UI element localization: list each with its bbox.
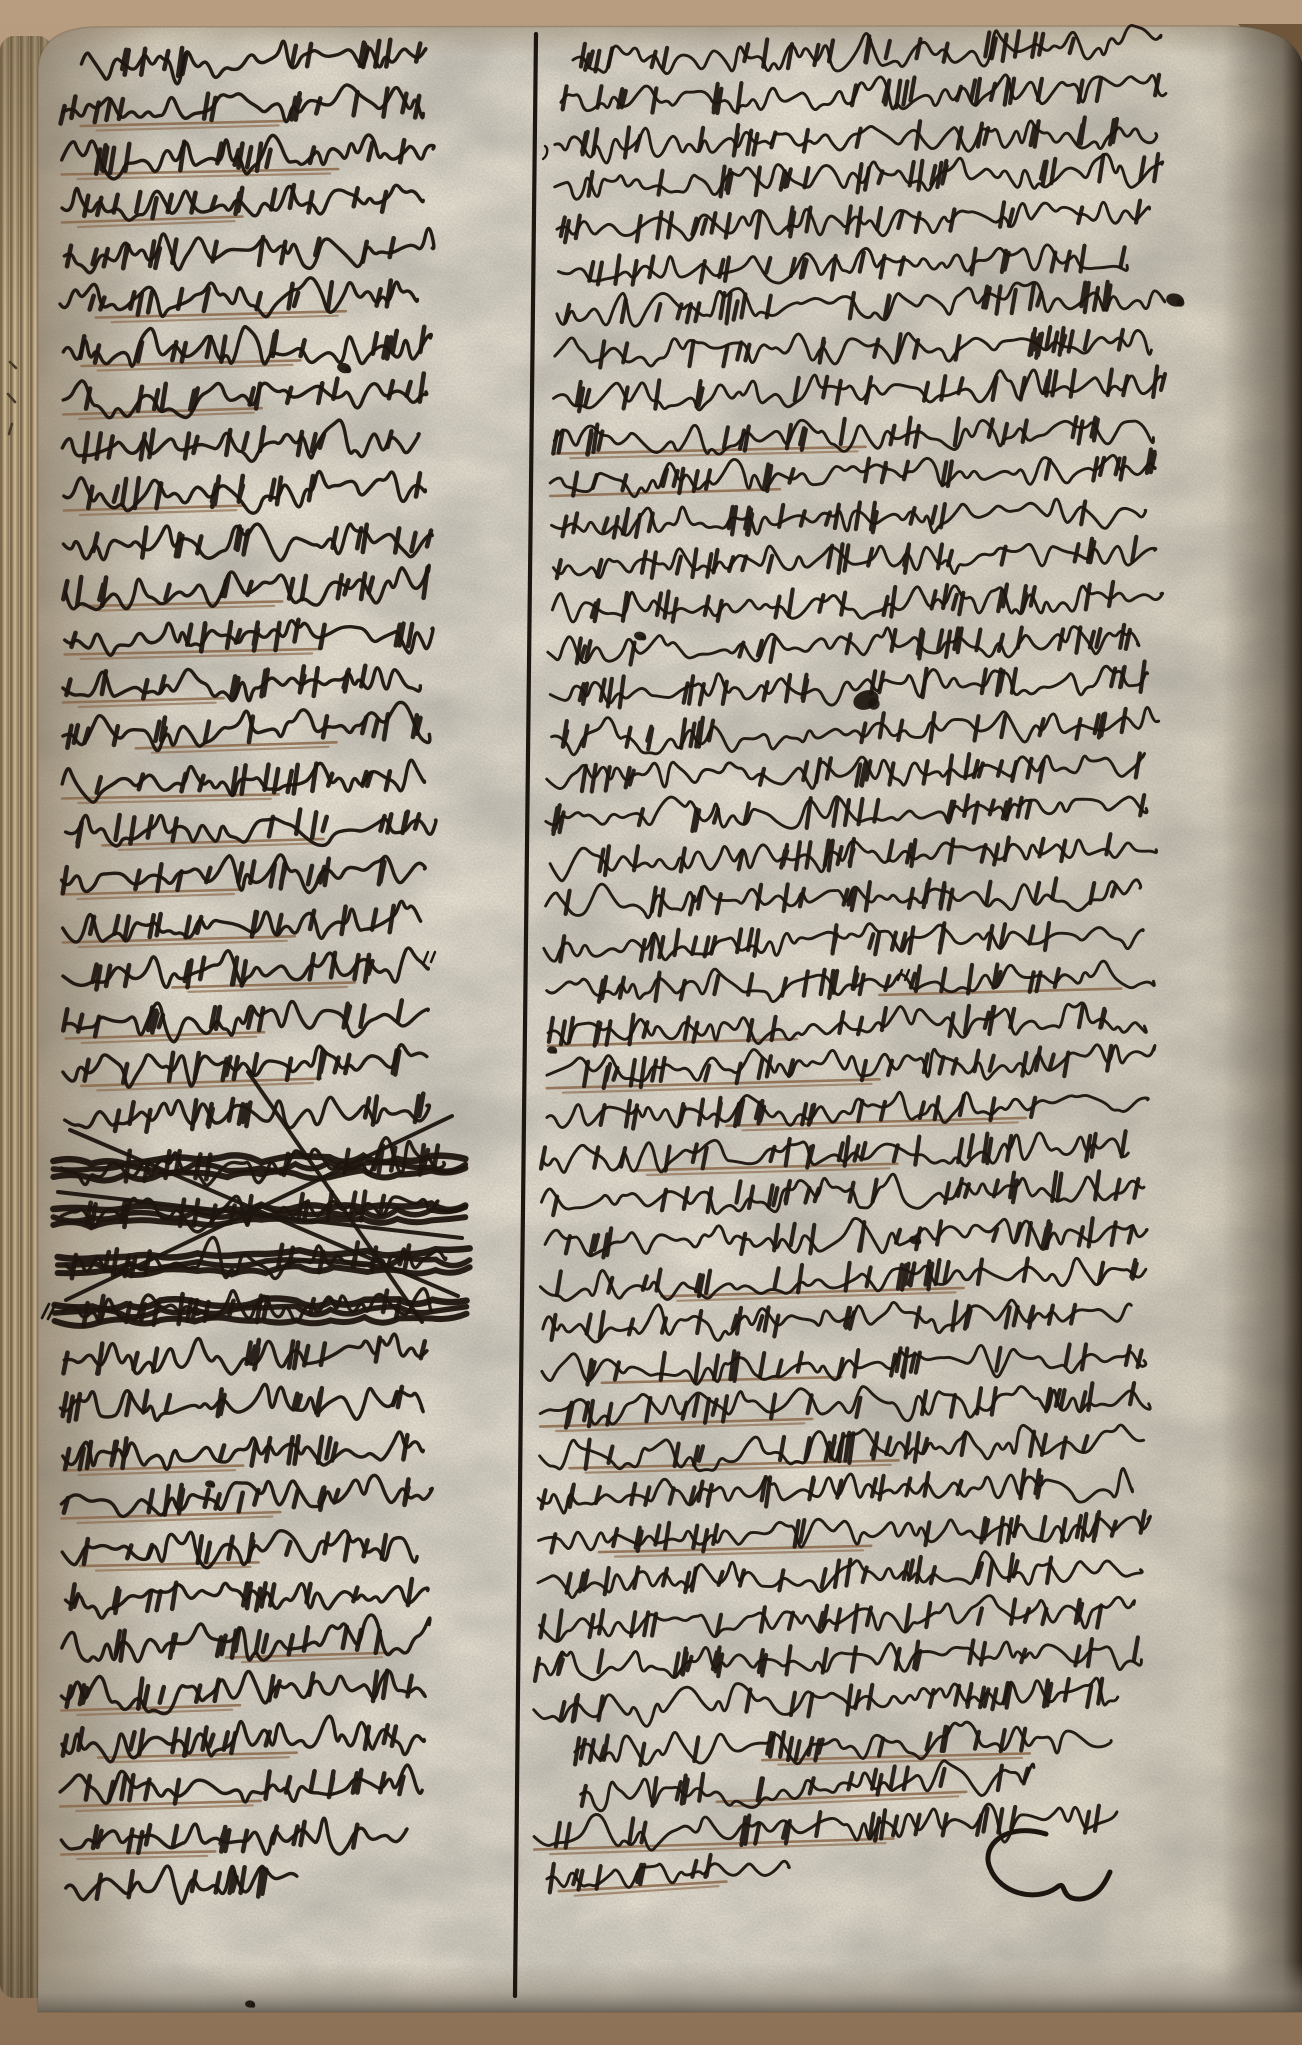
manuscript-photograph — [0, 0, 1302, 2045]
paper-texture-layer — [38, 26, 1302, 2016]
manuscript-page-svg — [0, 0, 1302, 2045]
